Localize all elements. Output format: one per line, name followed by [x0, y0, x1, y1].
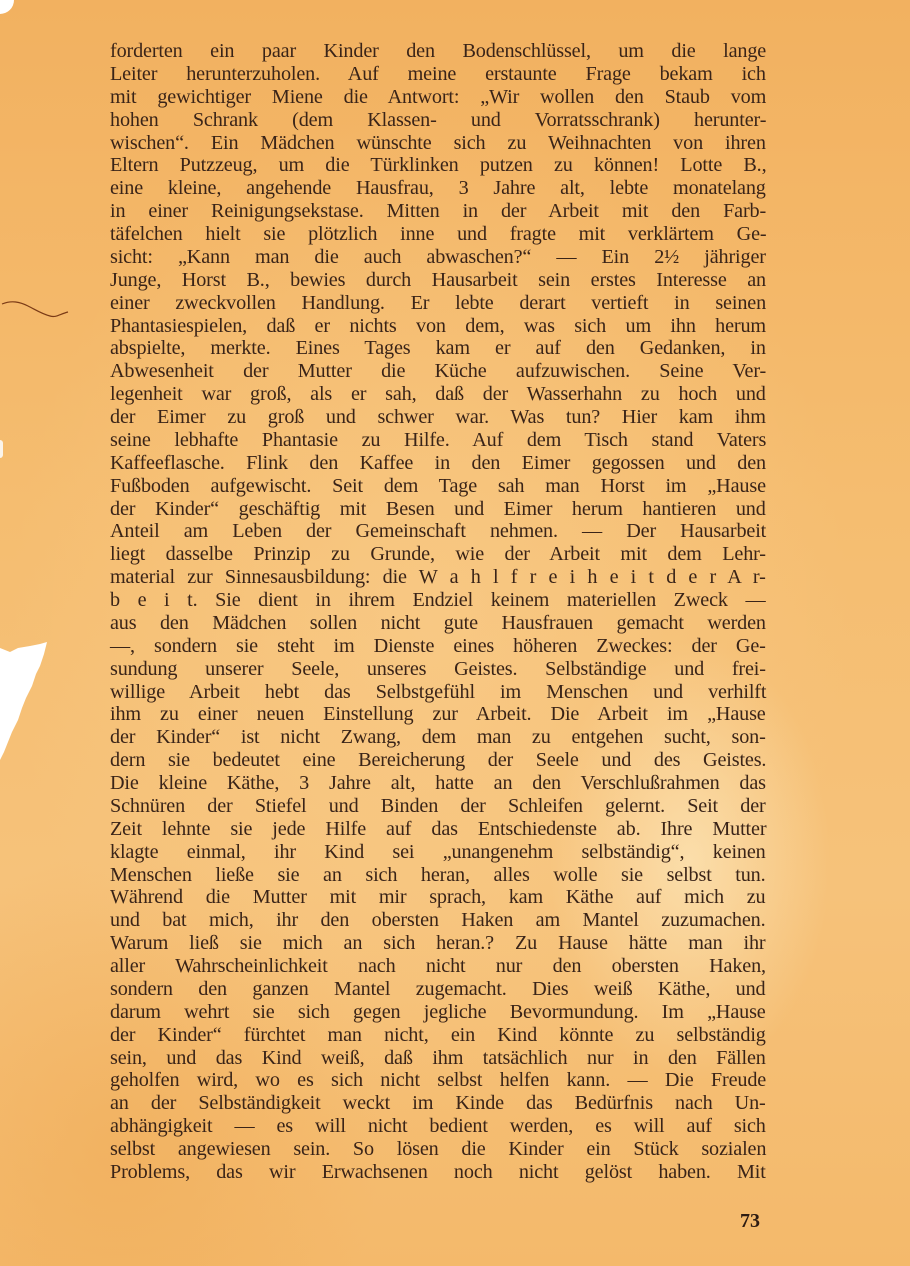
- text-line: Junge, Horst B., bewies durch Hausarbeit…: [110, 269, 766, 292]
- text-line: sein, und das Kind weiß, daß ihm tatsäch…: [110, 1047, 766, 1070]
- text-line: sondern den ganzen Mantel zugemacht. Die…: [110, 978, 766, 1001]
- text-line: einer zweckvollen Handlung. Er lebte der…: [110, 292, 766, 315]
- text-line: legenheit war groß, als er sah, daß der …: [110, 383, 766, 406]
- book-page: forderten ein paar Kinder den Bodenschlü…: [0, 0, 910, 1266]
- text-line: material zur Sinnesausbildung: die W a h…: [110, 566, 766, 589]
- text-line: forderten ein paar Kinder den Bodenschlü…: [110, 40, 766, 63]
- text-line: der Kinder“ ist nicht Zwang, dem man zu …: [110, 726, 766, 749]
- text-line: Problems, das wir Erwachsenen noch nicht…: [110, 1161, 766, 1184]
- text-line: Phantasiespielen, daß er nichts von dem,…: [110, 315, 766, 338]
- text-line: Kaffeeflasche. Flink den Kaffee in den E…: [110, 452, 766, 475]
- text-line: abspielte, merkte. Eines Tages kam er au…: [110, 337, 766, 360]
- text-line: dern sie bedeutet eine Bereicherung der …: [110, 749, 766, 772]
- text-line: der Kinder“ geschäftig mit Besen und Eim…: [110, 498, 766, 521]
- text-line: darum wehrt sie sich gegen jegliche Bevo…: [110, 1001, 766, 1024]
- text-line: b e i t. Sie dient in ihrem Endziel kein…: [110, 589, 766, 612]
- torn-edge: [0, 640, 48, 766]
- text-line: willige Arbeit hebt das Selbstgefühl im …: [110, 681, 766, 704]
- text-line: Warum ließ sie mich an sich heran.? Zu H…: [110, 932, 766, 955]
- paper-crease: [0, 290, 100, 330]
- text-line: Abwesenheit der Mutter die Küche aufzuwi…: [110, 360, 766, 383]
- body-text: forderten ein paar Kinder den Bodenschlü…: [110, 40, 766, 1184]
- edge-notch: [0, 440, 3, 458]
- text-line: Menschen ließe sie an sich heran, alles …: [110, 864, 766, 887]
- text-line: ihm zu einer neuen Einstellung zur Arbei…: [110, 703, 766, 726]
- text-line: abhängigkeit — es will nicht bedient wer…: [110, 1115, 766, 1138]
- text-line: Fußboden aufgewischt. Seit dem Tage sah …: [110, 475, 766, 498]
- text-line: in einer Reinigungsekstase. Mitten in de…: [110, 200, 766, 223]
- text-line: Während die Mutter mit mir sprach, kam K…: [110, 886, 766, 909]
- text-line: der Kinder“ fürchtet man nicht, ein Kind…: [110, 1024, 766, 1047]
- text-line: Zeit lehnte sie jede Hilfe auf das Entsc…: [110, 818, 766, 841]
- text-line: selbst angewiesen sein. So lösen die Kin…: [110, 1138, 766, 1161]
- text-line: seine lebhafte Phantasie zu Hilfe. Auf d…: [110, 429, 766, 452]
- text-line: Anteil am Leben der Gemeinschaft nehmen.…: [110, 520, 766, 543]
- text-line: täfelchen hielt sie plötzlich inne und f…: [110, 223, 766, 246]
- text-line: aller Wahrscheinlichkeit nach nicht nur …: [110, 955, 766, 978]
- text-line: klagte einmal, ihr Kind sei „unangenehm …: [110, 841, 766, 864]
- text-line: der Eimer zu groß und schwer war. Was tu…: [110, 406, 766, 429]
- text-line: —, sondern sie steht im Dienste eines hö…: [110, 635, 766, 658]
- text-line: Schnüren der Stiefel und Binden der Schl…: [110, 795, 766, 818]
- text-line: wischen“. Ein Mädchen wünschte sich zu W…: [110, 132, 766, 155]
- text-line: an der Selbständigkeit weckt im Kinde da…: [110, 1092, 766, 1115]
- text-line: aus den Mädchen sollen nicht gute Hausfr…: [110, 612, 766, 635]
- text-line: liegt dasselbe Prinzip zu Grunde, wie de…: [110, 543, 766, 566]
- text-line: Eltern Putzzeug, um die Türklinken putze…: [110, 154, 766, 177]
- text-line: mit gewichtiger Miene die Antwort: „Wir …: [110, 86, 766, 109]
- text-line: hohen Schrank (dem Klassen- und Vorratss…: [110, 109, 766, 132]
- text-line: sicht: „Kann man die auch abwaschen?“ — …: [110, 246, 766, 269]
- torn-corner: [0, 0, 14, 14]
- text-line: Leiter herunterzuholen. Auf meine erstau…: [110, 63, 766, 86]
- page-number: 73: [740, 1210, 760, 1233]
- text-line: und bat mich, ihr den obersten Haken am …: [110, 909, 766, 932]
- text-line: sundung unserer Seele, unseres Geistes. …: [110, 658, 766, 681]
- text-line: Die kleine Käthe, 3 Jahre alt, hatte an …: [110, 772, 766, 795]
- text-line: geholfen wird, wo es sich nicht selbst h…: [110, 1069, 766, 1092]
- text-line: eine kleine, angehende Hausfrau, 3 Jahre…: [110, 177, 766, 200]
